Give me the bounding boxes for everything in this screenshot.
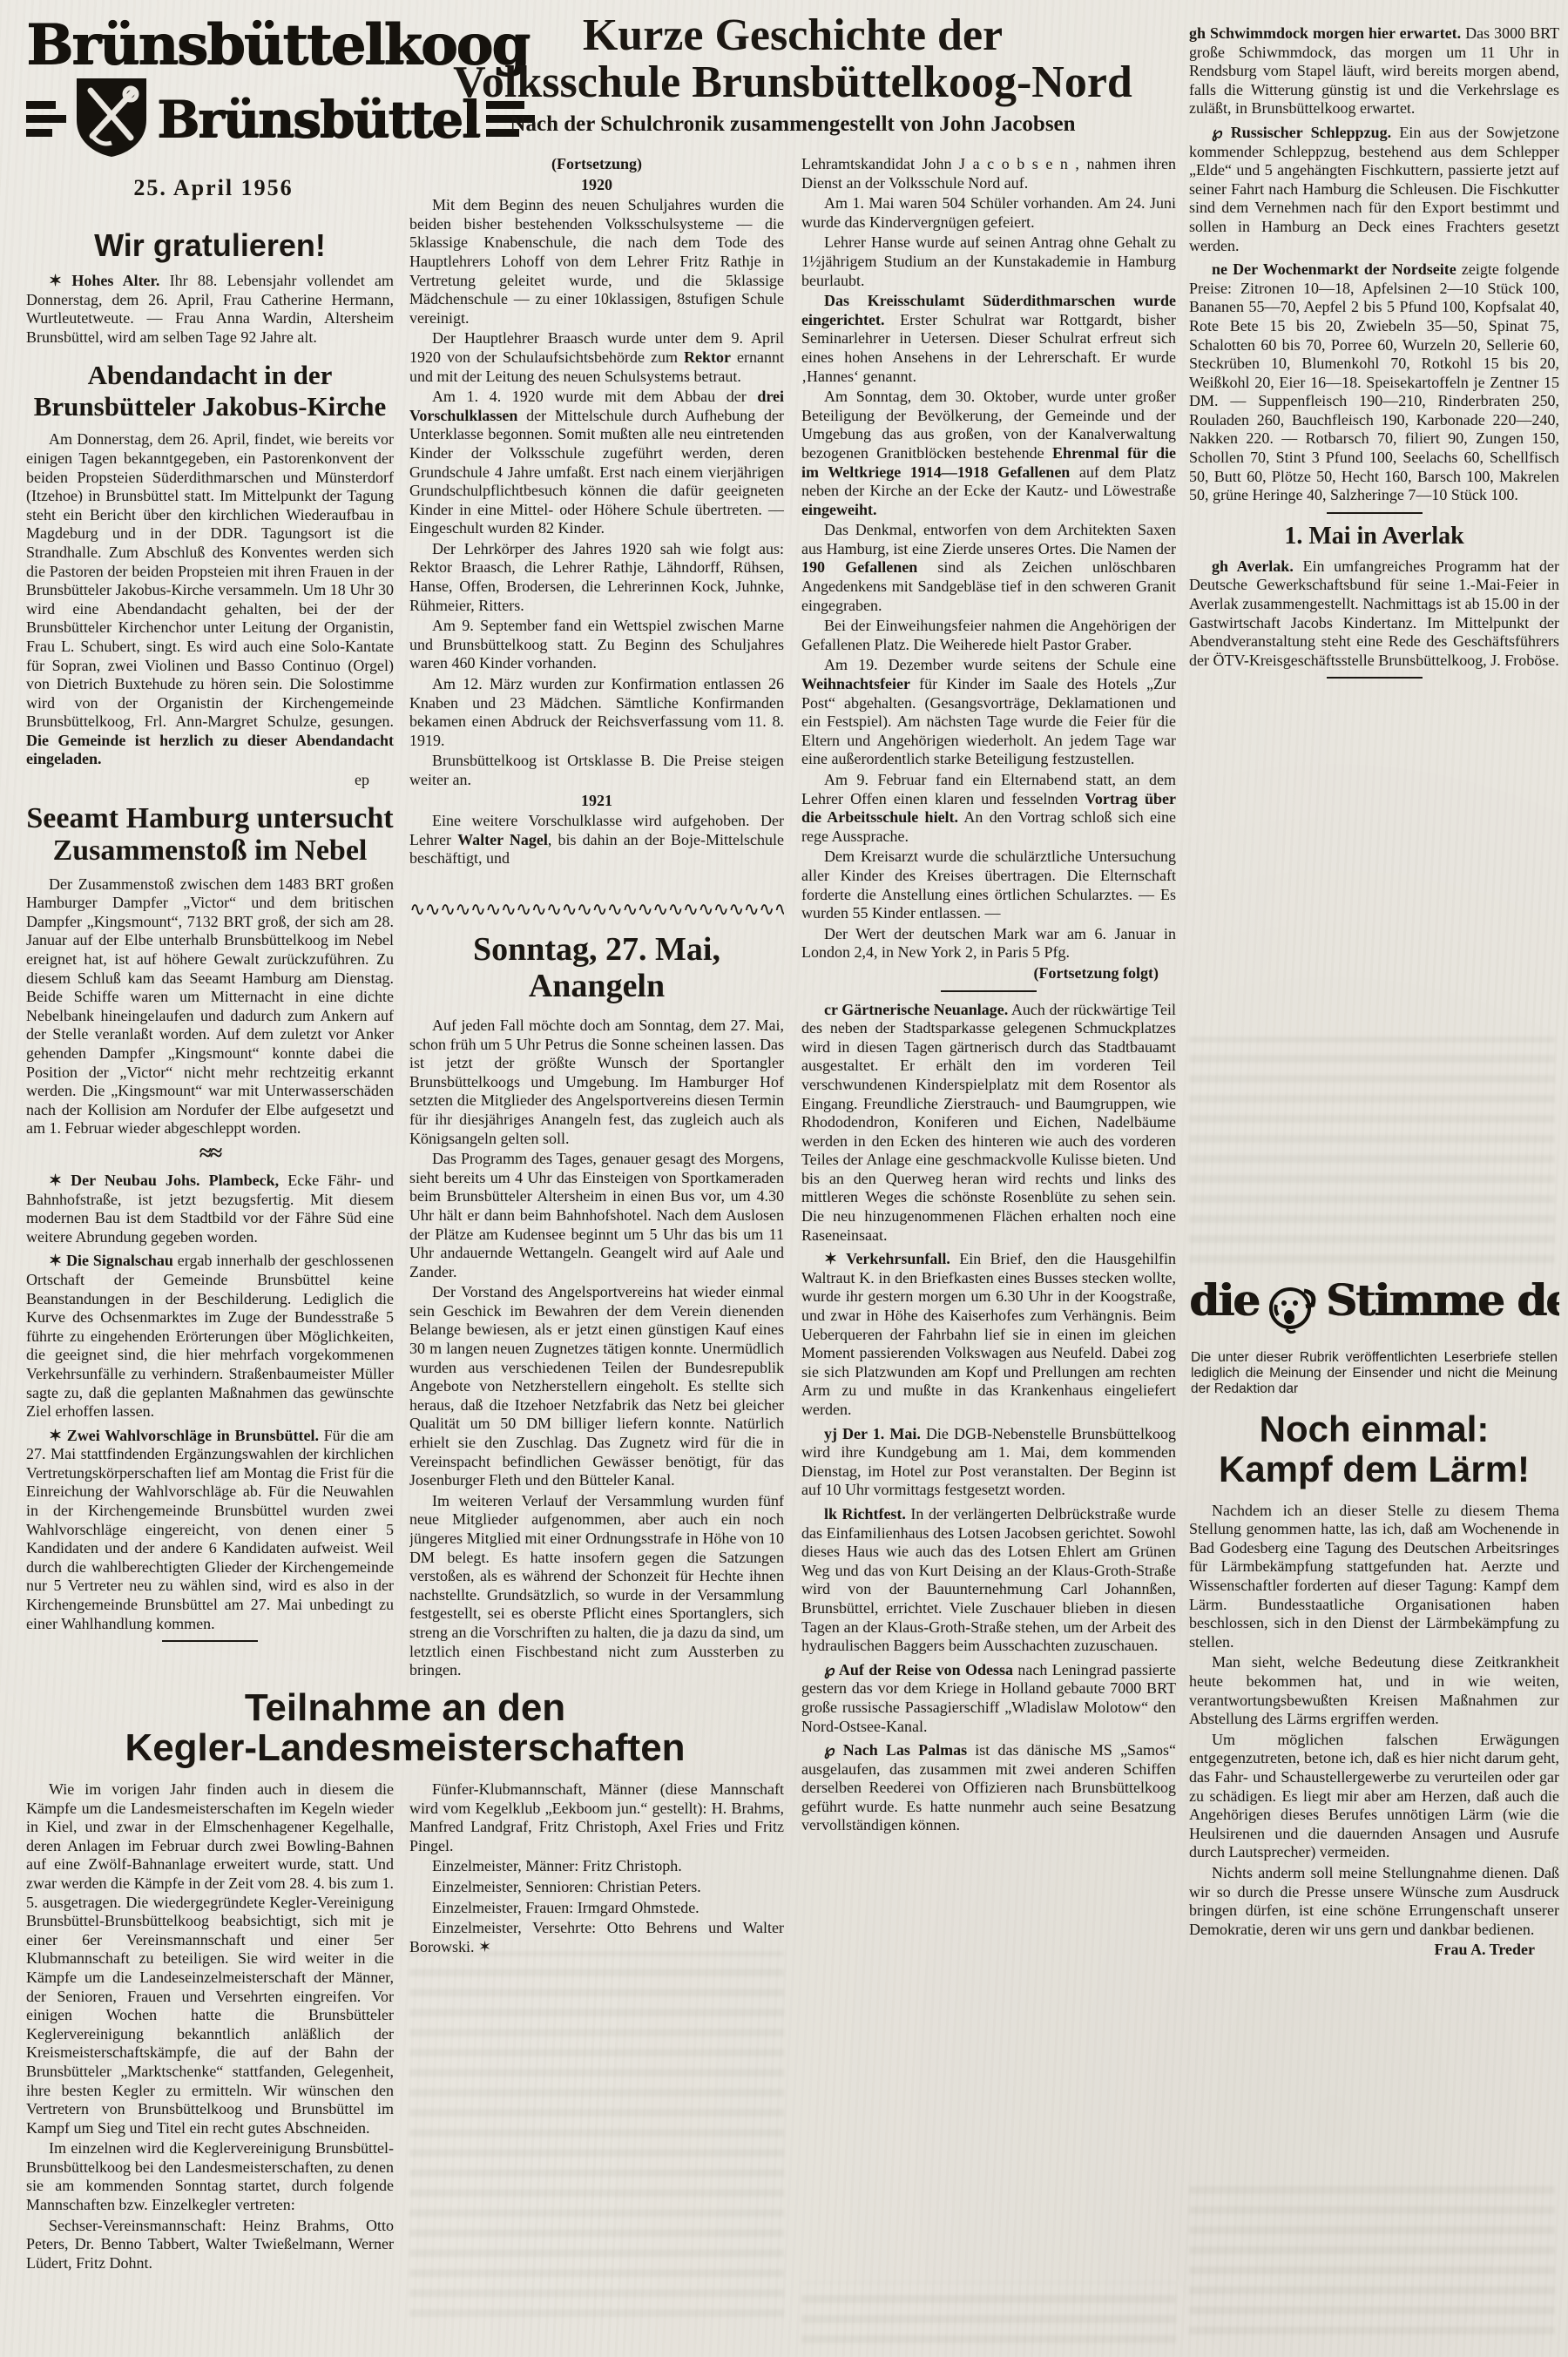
t: Am 1. 4. 1920 wurde mit dem Abbau der (432, 388, 757, 405)
column-2: (Fortsetzung) 1920 Mit dem Beginn des ne… (409, 155, 784, 1678)
paragraph: Lehrer Hanse wurde auf seinen Antrag ohn… (801, 233, 1176, 290)
paragraph: ✶ Hohes Alter. Ihr 88. Lebensjahr vollen… (26, 272, 394, 347)
heading-abendandacht-1: Abendandacht in der (26, 361, 394, 390)
article-text-bold: Die Gemeinde ist herzlich zu dieser Aben… (26, 732, 394, 768)
masthead-line1: Brünsbüttelkoog (26, 19, 401, 71)
kegler-column-1: Wie im vorigen Jahr finden auch in diese… (26, 1780, 394, 2357)
column-1: Wir gratulieren! ✶ Hohes Alter. Ihr 88. … (26, 225, 394, 1678)
paragraph: Einzelmeister, Sennioren: Christian Pete… (409, 1878, 784, 1897)
paragraph: ✶ Der Neubau Johs. Plambeck, Ecke Fähr- … (26, 1172, 394, 1246)
brief-lead: ✶ Hohes Alter. (49, 272, 159, 289)
stimme-prefix: die (1189, 1279, 1259, 1326)
paragraph: gh Averlak. Ein umfangreiches Programm h… (1189, 557, 1559, 671)
brief-lead: lk Richtfest. (824, 1505, 906, 1523)
paragraph: Einzelmeister, Männer: Fritz Christoph. (409, 1857, 784, 1876)
paragraph: Bei der Einweihungsfeier nahmen die Ange… (801, 617, 1176, 654)
letter-signature: Frau A. Treder (1189, 1941, 1559, 1960)
paragraph: Dem Kreisarzt wurde die schulärztliche U… (801, 848, 1176, 922)
paragraph: Am Sonntag, dem 30. Oktober, wurde unter… (801, 388, 1176, 519)
brief-text: In der verlängerten Delbrückstraße wurde… (801, 1505, 1176, 1654)
correspondent-sign: ep (26, 771, 394, 790)
crest-anchor-shield-icon (71, 75, 152, 163)
masthead: Brünsbüttelkoog Brünsbüttel (26, 19, 401, 201)
year-1920: 1920 (409, 176, 784, 195)
t-bold: eingeweiht. (801, 501, 876, 518)
paragraph: ne Der Wochenmarkt der Nordseite zeigte … (1189, 260, 1559, 505)
paragraph: yj Der 1. Mai. Die DGB-Nebenstelle Bruns… (801, 1425, 1176, 1500)
paragraph: Am 19. Dezember wurde seitens der Schule… (801, 656, 1176, 769)
paragraph: ℘ Russischer Schleppzug. Ein aus der Sow… (1189, 124, 1559, 255)
paragraph: ✶ Zwei Wahlvorschläge in Brunsbüttel. Fü… (26, 1427, 394, 1634)
shouting-man-icon (1264, 1279, 1320, 1345)
column-4: gh Schwimmdock morgen hier erwartet. Das… (1189, 24, 1559, 1026)
paragraph: Brunsbüttelkoog ist Ortsklasse B. Die Pr… (409, 752, 784, 789)
issue-date: 25. April 1956 (26, 175, 401, 201)
brief-text: Ein Brief, den die Hausgehilfin Waltraut… (801, 1250, 1176, 1418)
paragraph: lk Richtfest. In der verlängerten Delbrü… (801, 1505, 1176, 1656)
paragraph: Das Programm des Tages, genauer gesagt d… (409, 1150, 784, 1281)
brief-text: Für die am 27. Mai stattfindenden Ergänz… (26, 1427, 394, 1632)
headline-2: Volksschule Brunsbüttelkoog-Nord (409, 59, 1176, 106)
print-through-ghost (1189, 2178, 1555, 2334)
paragraph: Am 9. Februar fand ein Elternabend statt… (801, 771, 1176, 846)
paragraph: Um möglichen falschen Erwägungen entgege… (1189, 1731, 1559, 1862)
t-bold: Walter Nagel (457, 831, 548, 848)
t-bold: Weihnachtsfeier (801, 675, 910, 692)
paragraph: Wie im vorigen Jahr finden auch in diese… (26, 1780, 394, 2138)
t: Am 19. Dezember wurde seitens der Schule… (824, 656, 1176, 673)
heading-kampf-dem-laerm-2: Kampf dem Lärm! (1189, 1449, 1559, 1489)
brief-lead: ℘ Nach Las Palmas (824, 1741, 967, 1759)
paragraph: ℘ Auf der Reise von Odessa nach Leningra… (801, 1661, 1176, 1736)
headline-subhead: Nach der Schulchronik zusammengestellt v… (409, 111, 1176, 138)
column-3: Lehramtskandidat John J a c o b s e n , … (801, 155, 1176, 2280)
heading-averlak: 1. Mai in Averlak (1189, 523, 1559, 550)
heading-kegler-1: Teilnahme an den (26, 1688, 784, 1728)
t-bold: Rektor (684, 348, 731, 366)
paragraph: Der Hauptlehrer Braasch wurde unter dem … (409, 329, 784, 386)
heading-kegler-2: Kegler-Landesmeisterschaften (26, 1728, 784, 1768)
wave-ornament-divider: ∿∿∿∿∿∿∿∿∿∿∿∿∿∿∿∿∿∿∿∿∿∿∿∿∿∿ (409, 898, 784, 921)
paragraph: Der Vorstand des Angelsportvereins hat w… (409, 1283, 784, 1490)
brief-text: ergab innerhalb der geschlossenen Ortsch… (26, 1252, 394, 1420)
paragraph: ✶ Die Signalschau ergab innerhalb der ge… (26, 1252, 394, 1421)
paragraph: Einzelmeister, Versehrte: Otto Behrens u… (409, 1919, 784, 1956)
t: Das Denkmal, entworfen von dem Architekt… (801, 521, 1176, 557)
paragraph: Am 12. März wurden zur Konfirmation entl… (409, 675, 784, 750)
brief-text: Ein aus der Sowjetzone kommender Schlepp… (1189, 124, 1559, 254)
paragraph: Fünfer-Klubmannschaft, Männer (diese Man… (409, 1780, 784, 1855)
paragraph: Das Kreisschulamt Süderdithmarschen wurd… (801, 292, 1176, 386)
print-through-ghost (801, 2282, 1176, 2343)
heading-abendandacht-2: Brunsbütteler Jakobus-Kirche (26, 392, 394, 422)
paragraph: Nichts anderm soll meine Stellungnahme d… (1189, 1864, 1559, 1939)
paragraph: Der Wert der deutschen Mark war am 6. Ja… (801, 925, 1176, 962)
paragraph: Am 9. September fand ein Wettspiel zwisc… (409, 617, 784, 673)
article-text: Am Donnerstag, dem 26. April, findet, wi… (26, 430, 394, 730)
paragraph: gh Schwimmdock morgen hier erwartet. Das… (1189, 24, 1559, 118)
brief-lead: ✶ Zwei Wahlvorschläge in Brunsbüttel. (49, 1427, 319, 1444)
squiggle-divider: ≈≈ (26, 1140, 394, 1166)
brief-text: Auch der rückwärtige Teil des neben der … (801, 1001, 1176, 1244)
paragraph: Mit dem Beginn des neuen Schuljahres wur… (409, 196, 784, 328)
heading-seeamt-2: Zusammenstoß im Nebel (26, 834, 394, 867)
brief-lead: ✶ Die Signalschau (49, 1252, 173, 1269)
headline-1: Kurze Geschichte der (409, 12, 1176, 59)
heading-seeamt-1: Seeamt Hamburg untersucht (26, 802, 394, 834)
paragraph: Im einzelnen wird die Keglervereinigung … (26, 2139, 394, 2214)
stimme-des-lesers-section: die Stimme des Lesers Die unter dieser R… (1189, 1279, 1559, 2176)
year-1921: 1921 (409, 792, 784, 811)
fortsetzung-folgt: (Fortsetzung folgt) (801, 964, 1176, 983)
brief-lead: yj Der 1. Mai. (824, 1425, 921, 1442)
heading-anangeln: Sonntag, 27. Mai, Anangeln (409, 931, 784, 1004)
paragraph: Am 1. 4. 1920 wurde mit dem Abbau der dr… (409, 388, 784, 538)
brief-lead: ℘ Russischer Schleppzug. (1212, 124, 1391, 141)
stimme-title: Stimme des Lesers (1326, 1279, 1559, 1326)
heading-wir-gratulieren: Wir gratulieren! (26, 228, 394, 263)
brief-text: zeigte folgende Preise: Zitronen 10—18, … (1189, 260, 1559, 503)
paragraph: ℘ Nach Las Palmas ist das dänische MS „S… (801, 1741, 1176, 1835)
fortsetzung-note: (Fortsetzung) (409, 155, 784, 174)
paragraph: Lehramtskandidat John J a c o b s e n , … (801, 155, 1176, 192)
brief-lead: gh Averlak. (1212, 557, 1294, 575)
stimme-disclaimer: Die unter dieser Rubrik veröffentlichten… (1191, 1350, 1558, 1397)
paragraph: cr Gärtnerische Neuanlage. Auch der rück… (801, 1001, 1176, 1246)
stimme-header: die Stimme des Lesers (1189, 1279, 1559, 1345)
brief-lead: ✶ Der Neubau Johs. Plambeck, (49, 1172, 279, 1189)
paragraph: Sechser-Vereinsmannschaft: Heinz Brahms,… (26, 2217, 394, 2273)
paragraph: Am Donnerstag, dem 26. April, findet, wi… (26, 430, 394, 769)
paragraph: Am 1. Mai waren 504 Schüler vorhanden. A… (801, 194, 1176, 232)
paragraph: ✶ Verkehrsunfall. Ein Brief, den die Hau… (801, 1250, 1176, 1419)
paragraph: Einzelmeister, Frauen: Irmgard Ohmstede. (409, 1899, 784, 1918)
t-bold: 190 Gefallenen (801, 558, 917, 576)
brief-lead: ℘ Auf der Reise von Odessa (824, 1661, 1013, 1678)
brief-lead: ✶ Verkehrsunfall. (824, 1250, 950, 1267)
paragraph: Der Zusammenstoß zwischen dem 1483 BRT g… (26, 875, 394, 1138)
kegler-column-2: Fünfer-Klubmannschaft, Männer (diese Man… (409, 1780, 784, 2146)
paragraph: Nachdem ich an dieser Stelle zu diesem T… (1189, 1502, 1559, 1652)
paragraph: Eine weitere Vorschulklasse wird aufgeho… (409, 812, 784, 868)
speed-lines-left-icon (26, 95, 66, 143)
paragraph: Auf jeden Fall möchte doch am Sonntag, d… (409, 1016, 784, 1148)
newspaper-page: Brünsbüttelkoog Brünsbüttel (0, 0, 1568, 2357)
paragraph: Das Denkmal, entworfen von dem Architekt… (801, 521, 1176, 615)
kegler-headline-block: Teilnahme an den Kegler-Landesmeistersch… (26, 1688, 784, 1768)
brief-lead: cr Gärtnerische Neuanlage. (824, 1001, 1008, 1018)
brief-lead: ne Der Wochenmarkt der Nordseite (1212, 260, 1456, 278)
paragraph: Im weiteren Verlauf der Versammlung wurd… (409, 1492, 784, 1678)
heading-kampf-dem-laerm-1: Noch einmal: (1189, 1409, 1559, 1449)
paragraph: Man sieht, welche Bedeutung diese Zeitkr… (1189, 1653, 1559, 1728)
t: der Mittelschule durch Aufhebung der Unt… (409, 407, 784, 537)
volksschule-headline-block: Kurze Geschichte der Volksschule Brunsbü… (409, 12, 1176, 138)
brief-lead: gh Schwimmdock morgen hier erwartet. (1189, 24, 1461, 42)
print-through-ghost (1189, 1037, 1555, 1263)
paragraph: Der Lehrkörper des Jahres 1920 sah wie f… (409, 540, 784, 615)
